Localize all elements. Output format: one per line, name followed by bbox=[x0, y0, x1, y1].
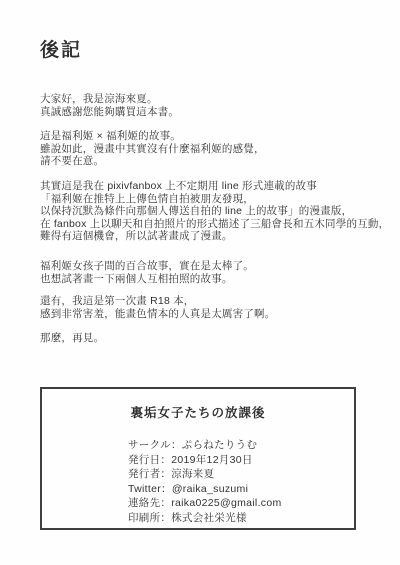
text-line: 難得有這個機會，所以試著畫成了漫畫。 bbox=[40, 230, 372, 243]
paragraph-farewell: 那麼，再見。 bbox=[40, 332, 372, 345]
colophon-entry-publish-date: 発行日：2019年12月30日 bbox=[128, 453, 354, 468]
colophon-entry-twitter: Twitter：@raika_suzumi bbox=[128, 482, 354, 497]
text-line: 「福利姬在推特上上傳色情自拍被朋友發現， bbox=[40, 193, 372, 206]
text-line: 以保持沉默為條件向那個人傳送自拍的 line 上的故事」的漫畫版， bbox=[40, 205, 372, 218]
text-line: 感到非常害羞，能畫色情本的人真是太厲害了啊。 bbox=[40, 308, 372, 321]
doujin-title: 裏垢女子たちの放課後 bbox=[42, 403, 354, 421]
text-line: 在 fanbox 上以聊天和自拍照片的形式描述了三船會長和五木同學的互動， bbox=[40, 218, 372, 231]
text-line: 福利姬女孩子間的百合故事，實在是太棒了。 bbox=[40, 260, 372, 273]
text-line: 其實這是我在 pixivfanbox 上不定期用 line 形式連載的故事 bbox=[40, 180, 372, 193]
paragraph-fanbox: 其實這是我在 pixivfanbox 上不定期用 line 形式連載的故事 「福… bbox=[40, 180, 372, 243]
text-line: 請不要在意。 bbox=[40, 155, 372, 168]
text-line: 還有，我這是第一次畫 R18 本， bbox=[40, 295, 372, 308]
colophon-entry-printer: 印刷所：株式会社栄光様 bbox=[128, 511, 354, 526]
text-line: 也想試著畫一下兩個人互相拍照的故事。 bbox=[40, 273, 372, 286]
text-line: 這是福利姬 × 福利姬的故事。 bbox=[40, 130, 372, 143]
paragraph-story-intro: 這是福利姬 × 福利姬的故事。 雖說如此，漫畫中其實沒有什麼福利姬的感覺， 請不… bbox=[40, 130, 372, 168]
text-line: 大家好，我是涼海來夏。 bbox=[40, 93, 372, 106]
text-line: 雖說如此，漫畫中其實沒有什麼福利姬的感覺， bbox=[40, 143, 372, 156]
colophon-box: 裏垢女子たちの放課後 サークル：ぷらねたりうむ 発行日：2019年12月30日 … bbox=[40, 387, 356, 530]
colophon-entries: サークル：ぷらねたりうむ 発行日：2019年12月30日 発行者：涼海来夏 Tw… bbox=[128, 438, 354, 526]
colophon-entry-publisher: 発行者：涼海来夏 bbox=[128, 467, 354, 482]
paragraph-yuri: 福利姬女孩子間的百合故事，實在是太棒了。 也想試著畫一下兩個人互相拍照的故事。 bbox=[40, 260, 372, 285]
page-title: 後記 bbox=[40, 40, 372, 62]
afterword-page: 後記 大家好，我是涼海來夏。 真誠感謝您能夠購買這本書。 這是福利姬 × 福利姬… bbox=[0, 0, 400, 565]
colophon-entry-circle: サークル：ぷらねたりうむ bbox=[128, 438, 354, 453]
text-line: 真誠感謝您能夠購買這本書。 bbox=[40, 106, 372, 119]
text-line: 那麼，再見。 bbox=[40, 332, 372, 345]
paragraph-first-r18: 還有，我這是第一次畫 R18 本， 感到非常害羞，能畫色情本的人真是太厲害了啊。 bbox=[40, 295, 372, 320]
colophon-entry-contact-email: 連絡先：raika0225@gmail.com bbox=[128, 496, 354, 511]
paragraph-greeting: 大家好，我是涼海來夏。 真誠感謝您能夠購買這本書。 bbox=[40, 93, 372, 118]
afterword-content: 後記 大家好，我是涼海來夏。 真誠感謝您能夠購買這本書。 這是福利姬 × 福利姬… bbox=[40, 40, 372, 357]
